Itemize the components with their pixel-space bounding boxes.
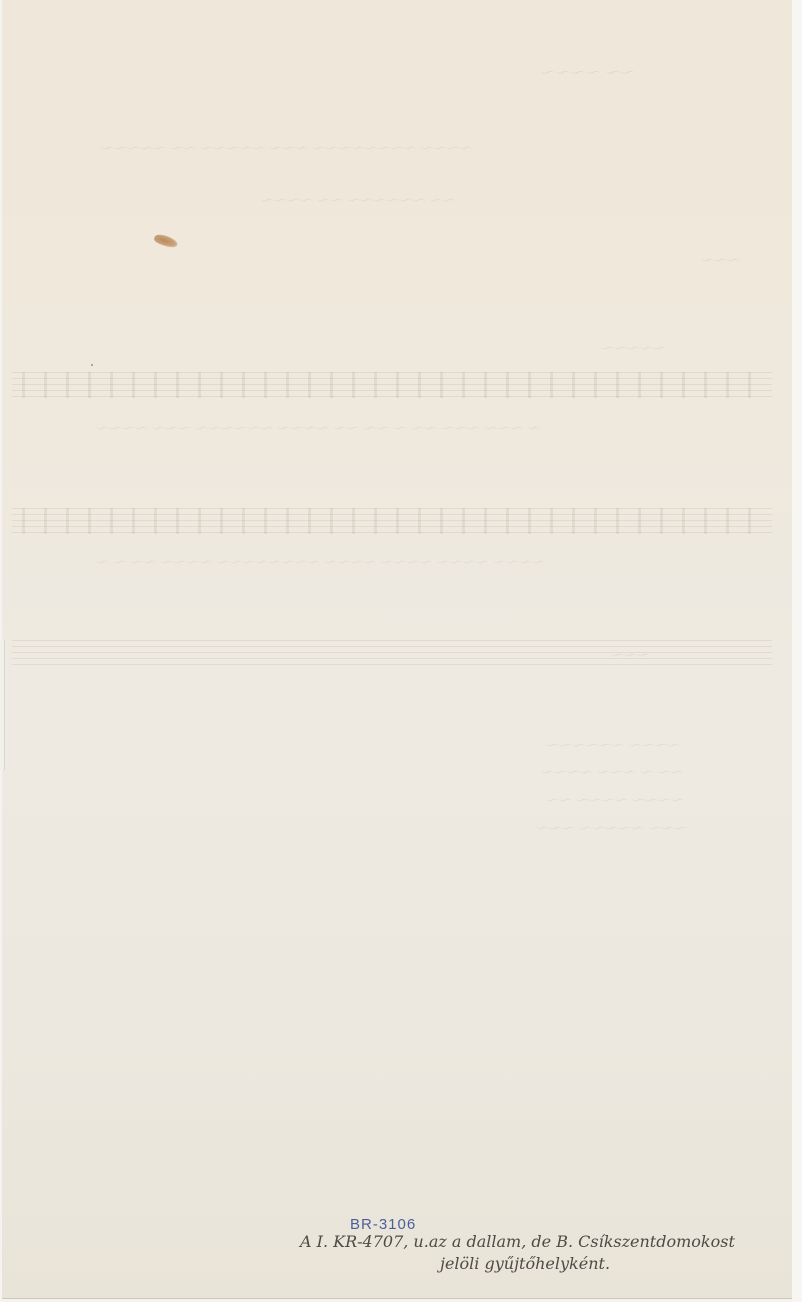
bleed-through-verse: ～～～～ ～～～～～～: [547, 735, 681, 754]
bleed-through-line: ～～～: [612, 645, 651, 664]
bleed-through-heading: ～～ ～～～～: [542, 62, 637, 83]
bleed-through-lyrics: ～ ～～～ ～～～ ～～ ～ ～～ ～～ ～～～～ ～～～～～～ ～～～ ～～～…: [97, 418, 541, 437]
annotation-line-1: A I. KR-4707, u.az a dallam, de B. Csíks…: [300, 1232, 735, 1251]
bleed-through-verse: ～～～ ～～～～～ ～～～: [537, 818, 688, 837]
paper-stain: [153, 233, 179, 250]
bleed-through-verse: ～～～～ ～～～～ ～～: [547, 790, 685, 809]
paper-edge-tear: [0, 640, 5, 770]
bleed-through-notes: [22, 508, 762, 534]
bleed-through-verse: ～～ ～ ～～～ ～～～～: [542, 762, 684, 781]
bleed-through-staff: [12, 640, 772, 666]
bleed-through-line: ～～～～ ～～～～～～～～ ～～～ ～～～～～ ～～ ～～～～～: [102, 138, 474, 157]
annotation-line-2: jelöli gyűjtőhelyként.: [440, 1254, 610, 1273]
bleed-through-line: ～～～～～: [602, 338, 667, 357]
scan-margin-right: [792, 0, 802, 1302]
paper-sheet: ～～ ～～～～ ～～～～ ～～～～～～～～ ～～～ ～～～～～ ～～ ～～～～～…: [2, 0, 792, 1298]
bleed-through-line: ～～ ～～～～～～ ～～ ～～～～: [262, 190, 456, 209]
paper-speck: [91, 364, 93, 366]
bleed-through-notes: [22, 372, 762, 398]
bleed-through-line: ～～～: [702, 250, 741, 269]
bleed-through-lyrics: ～～～～ ～～～～ ～～～～ ～～～～ ～～～～～～～～ ～～～～ ～～ ～ ～: [97, 552, 546, 571]
document-scan: ～～ ～～～～ ～～～～ ～～～～～～～～ ～～～ ～～～～～ ～～ ～～～～～…: [0, 0, 802, 1302]
call-number: BR-3106: [350, 1216, 416, 1233]
